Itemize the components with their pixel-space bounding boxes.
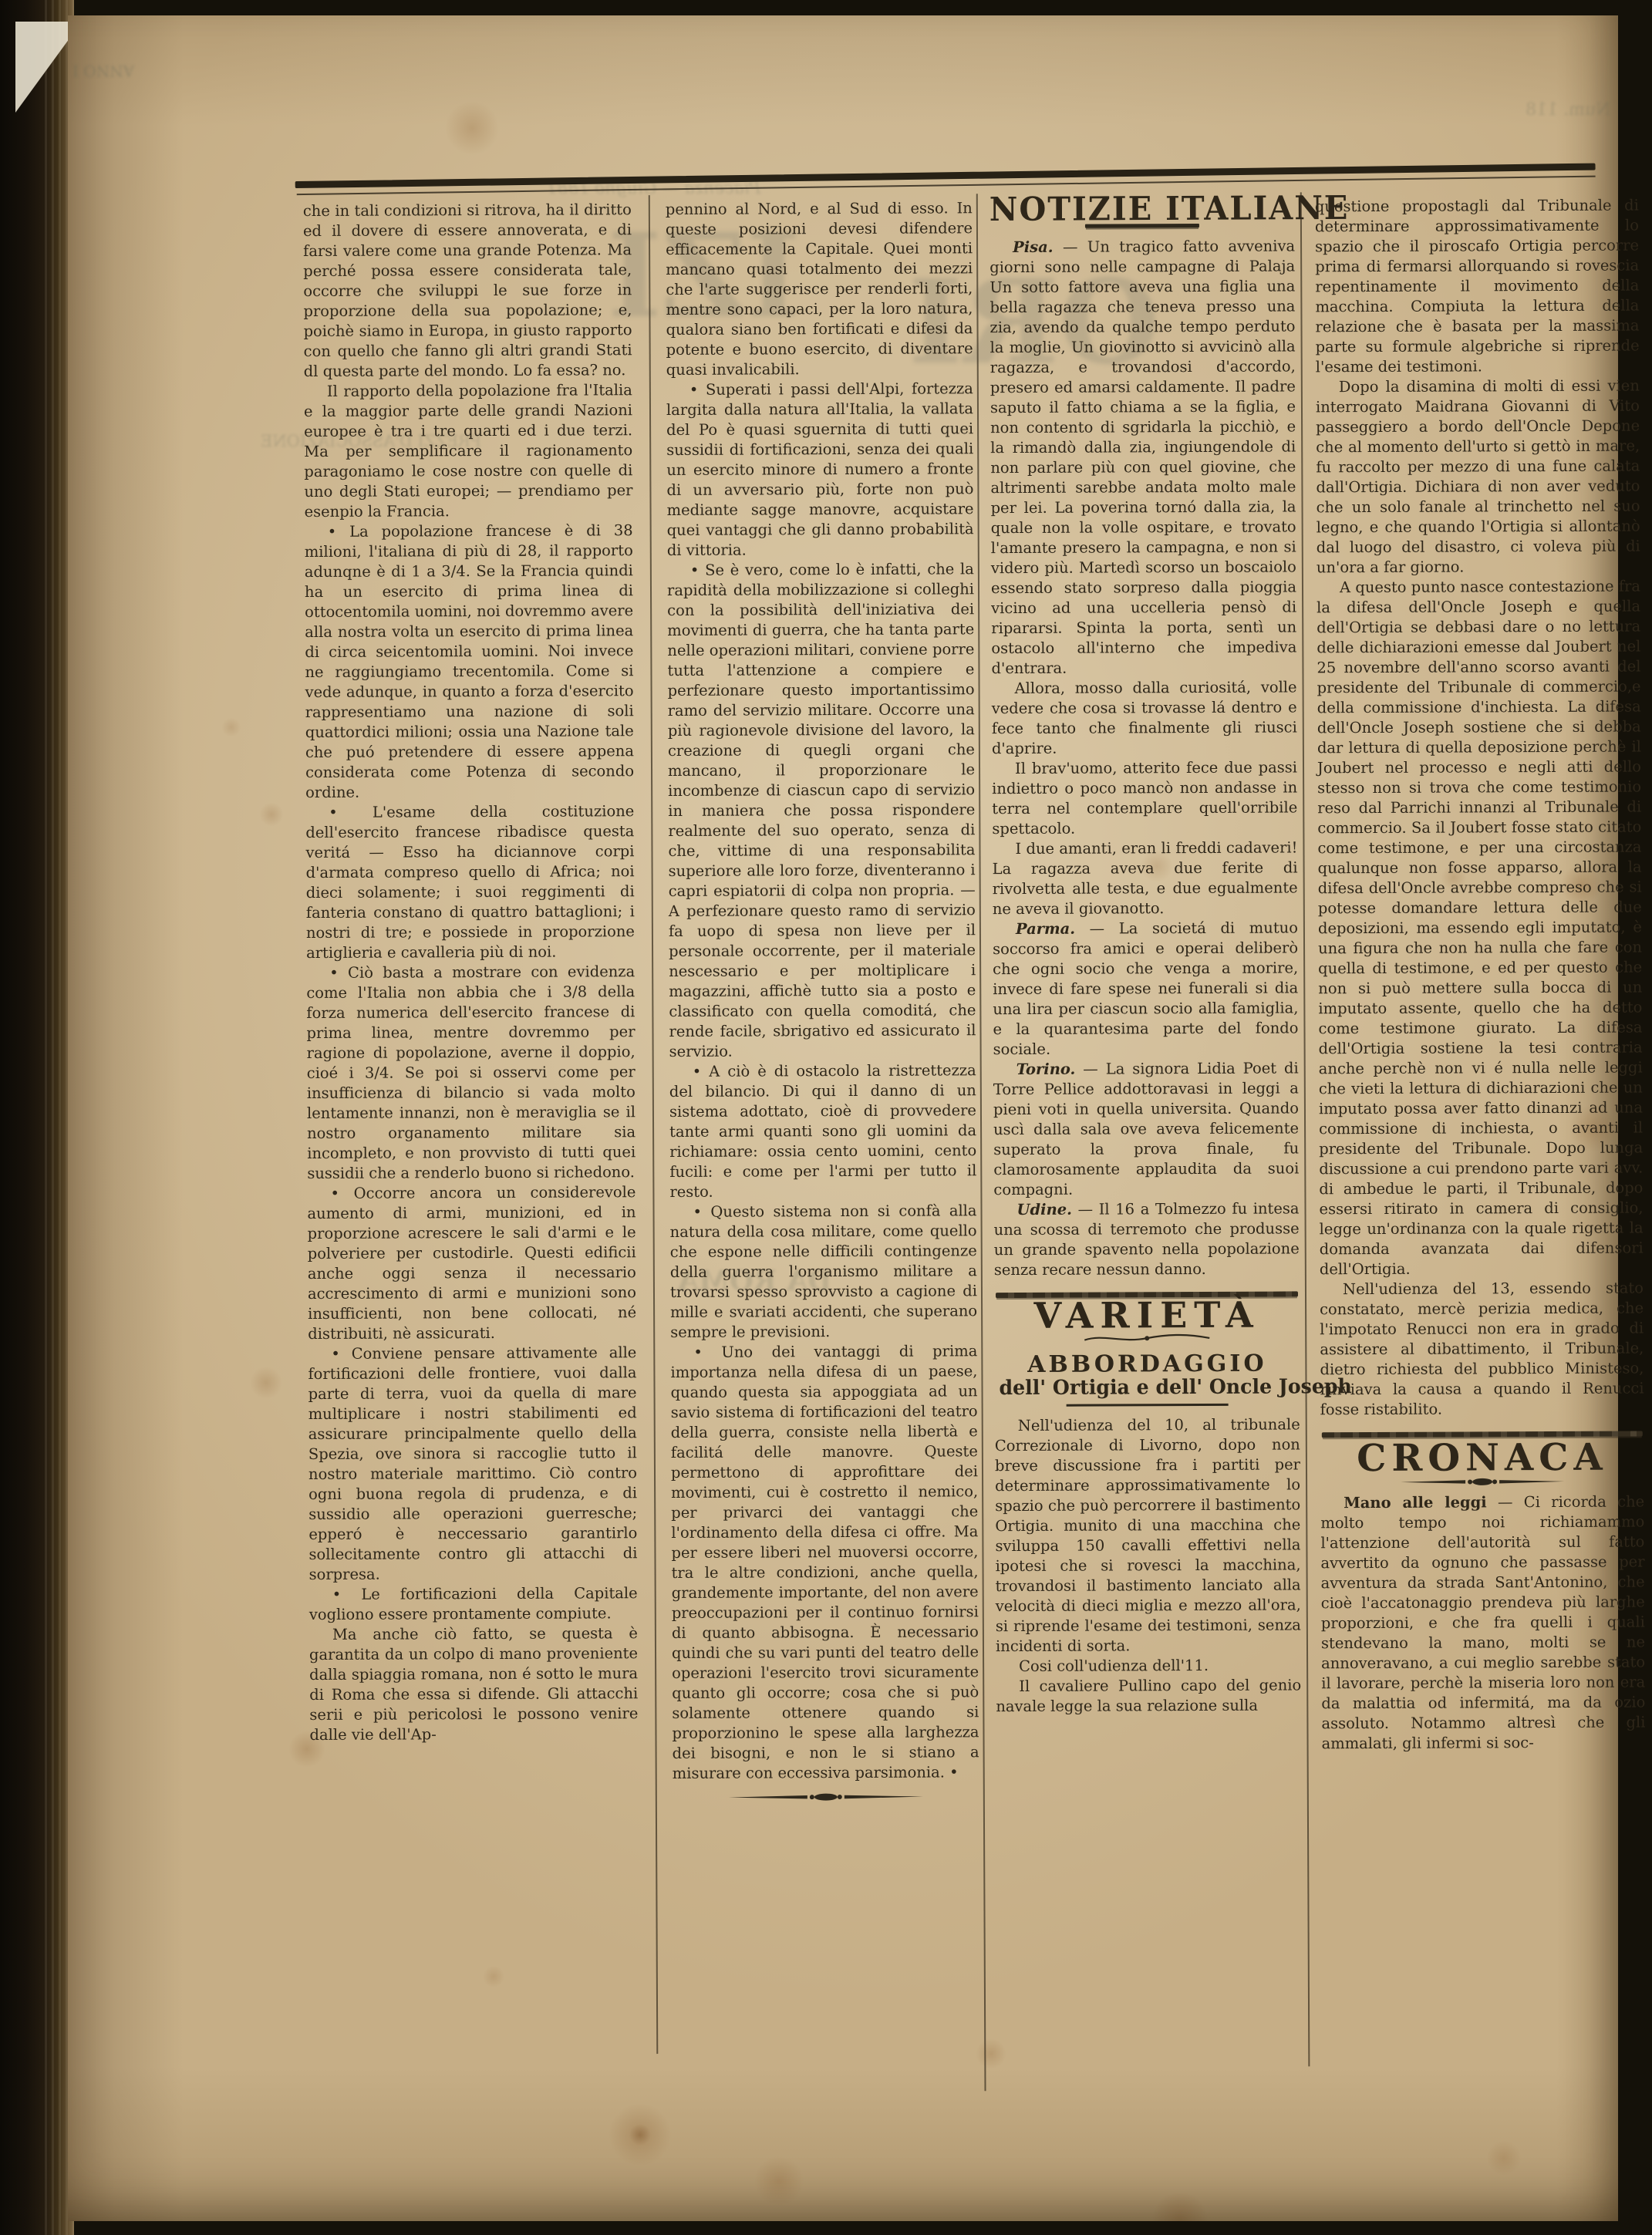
news-paragraph: Il brav'uomo, atterito fece due passi in… — [992, 757, 1297, 839]
article-paragraph: Nell'udienza del 13, essendo stato const… — [1320, 1278, 1644, 1420]
article-paragraph: questione propostagli dal Tribunale di d… — [1315, 195, 1640, 377]
article-paragraph: • Se è vero, come lo è infatti, che la r… — [667, 559, 976, 1062]
article-paragraph: Ma anche ciò fatto, se questa è garantit… — [309, 1623, 639, 1745]
article-paragraph: Dopo la disamina di molti di essi vien i… — [1316, 376, 1640, 578]
news-item-parma: Parma. — La societá di mutuo soccorso fr… — [993, 918, 1299, 1060]
dateline: Udine. — [1016, 1201, 1072, 1219]
section-title-cronaca: CRONACA — [1320, 1447, 1644, 1468]
title-rule — [1067, 1404, 1229, 1407]
article-paragraph: Il rapporto della popolazione fra l'Ital… — [304, 380, 633, 522]
printed-area: che in tali condizioni si ritrova, ha il… — [63, 12, 1623, 2225]
article-paragraph: • Uno dei vantaggi di prima importanza n… — [670, 1341, 979, 1784]
dateline: Pisa. — [1013, 238, 1054, 256]
divider-flourish-icon — [726, 1791, 926, 1804]
column-4: questione propostagli dal Tribunale di d… — [1315, 195, 1646, 1754]
news-paragraph: I due amanti, eran li freddi cadaveri! L… — [992, 838, 1297, 919]
section-title-notizie-italiane: NOTIZIE ITALIANE — [990, 198, 1295, 221]
article-subtitle: dell' Ortigia e dell' Oncle Joseph — [999, 1377, 1295, 1398]
article-paragraph: • Superati i passi dell'Alpi, fortezza l… — [666, 379, 974, 561]
section-title-varieta: VARIETÀ — [994, 1304, 1300, 1326]
article-paragraph: che in tali condizioni si ritrova, ha il… — [303, 200, 632, 382]
article-paragraph: • Occorre ancora un considerevole aument… — [307, 1182, 636, 1344]
column-divider — [649, 195, 659, 2054]
column-2: pennino al Nord, e al Sud di esso. In qu… — [666, 198, 979, 1809]
news-item-pisa: Pisa. — Un tragico fatto avveniva giorni… — [990, 236, 1296, 679]
column-divider — [1300, 192, 1310, 2066]
dateline: Parma. — [1016, 920, 1075, 938]
news-paragraph: Allora, mosso dalla curiositá, volle ved… — [992, 677, 1297, 759]
article-paragraph: Cosi coll'udienza dell'11. — [996, 1655, 1301, 1677]
cronaca-item: Mano alle leggi — Ci ricorda che molto t… — [1320, 1492, 1645, 1754]
column-3: NOTIZIE ITALIANE Pisa. — Un tragico fatt… — [990, 197, 1302, 1717]
article-paragraph: • L'esame della costituzione dell'eserci… — [305, 801, 635, 963]
dateline: Torino. — [1016, 1060, 1076, 1078]
news-item-torino: Torino. — La signora Lidia Poet di Torre… — [993, 1058, 1300, 1200]
article-paragraph: A questo punto nasce contestazione fra l… — [1317, 576, 1644, 1279]
article-paragraph: • La popolazione francese è di 38 milion… — [305, 521, 635, 803]
news-item-udine: Udine. — Il 16 a Tolmezzo fu intesa una … — [993, 1198, 1299, 1280]
column-1: che in tali condizioni si ritrova, ha il… — [303, 200, 639, 1745]
article-paragraph: pennino al Nord, e al Sud di esso. In qu… — [666, 198, 973, 380]
article-paragraph: • Conviene pensare attivamente alle fort… — [308, 1343, 637, 1585]
article-paragraph: • A ciò è di ostacolo la ristrettezza de… — [669, 1060, 977, 1202]
item-title: Mano alle leggi — [1344, 1493, 1487, 1512]
article-paragraph: Il cavaliere Pullino capo del genio nava… — [996, 1675, 1301, 1717]
article-paragraph: • Le fortificazioni della Capitale vogli… — [309, 1583, 638, 1625]
article-paragraph: • Questo sistema non si confà alla natur… — [669, 1201, 977, 1343]
article-paragraph: Nell'udienza del 10, al tribunale Correz… — [995, 1414, 1301, 1657]
article-paragraph: • Ciò basta a mostrare con evidenza come… — [306, 962, 636, 1184]
article-title-abbordaggio: ABBORDAGGIO — [994, 1353, 1300, 1375]
scanned-page: ANNO I Piacenza — Giugno 1881 Num. 118 P… — [0, 0, 1652, 2235]
newspaper-page: ANNO I Piacenza — Giugno 1881 Num. 118 P… — [68, 15, 1618, 2221]
